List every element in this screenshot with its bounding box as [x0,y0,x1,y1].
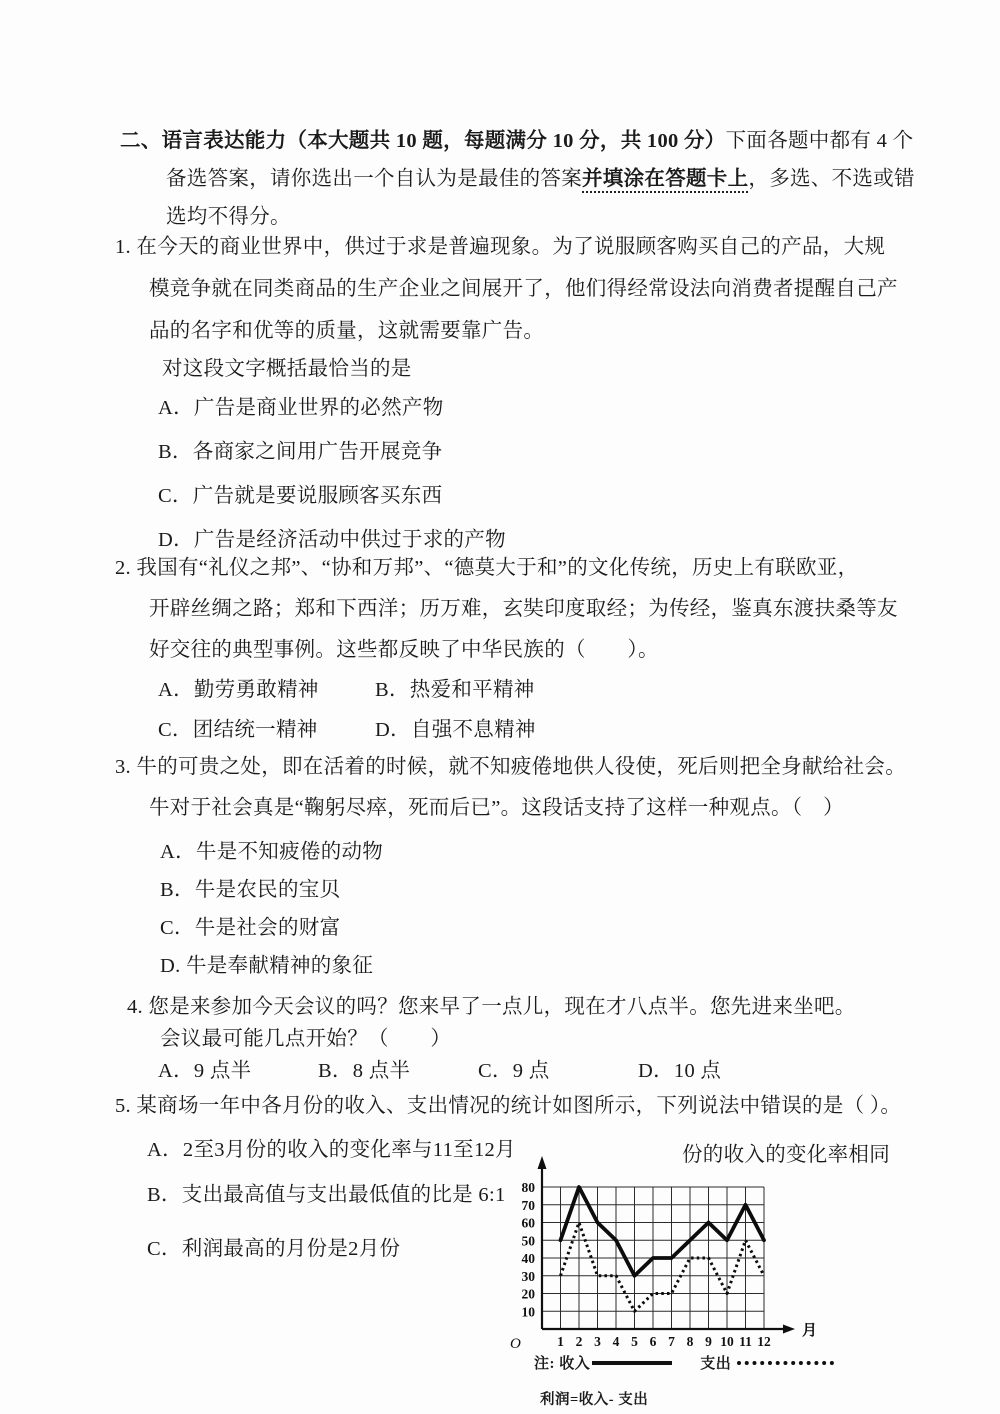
expense-line-swatch [737,1361,834,1365]
svg-text:60: 60 [522,1216,536,1231]
question-2-option-b: B．热爱和平精神 [375,679,535,702]
question-4-option-d: D．10 点 [638,1060,721,1083]
section-header-line-1: 二、语言表达能力（本大题共 10 题，每题满分 10 分，共 100 分）下面各… [120,130,913,153]
question-1-line-2: 模竞争就在同类商品的生产企业之间展开了，他们得经常设法向消费者提醒自己产 [149,278,898,301]
instructions-emphasis: 并填涂在答题卡上 [582,168,748,193]
section-title: 二、语言表达能力（本大题共 10 题，每题满分 10 分，共 100 分） [120,130,726,152]
question-3-option-c: C．牛是社会的财富 [160,917,340,940]
section-instructions-start: 下面各题中都有 4 个 [726,130,914,152]
question-2-option-a: A．勤劳勇敢精神 [158,679,319,702]
income-line-swatch [592,1361,672,1365]
svg-text:9: 9 [705,1334,712,1349]
svg-text:20: 20 [522,1287,536,1302]
svg-text:7: 7 [668,1334,675,1349]
question-3-option-d: D. 牛是奉献精神的象征 [160,955,373,978]
question-1-line-3: 品的名字和优等的质量，这就需要靠广告。 [149,320,544,343]
chart-legend: 注: 收入 支出 [534,1352,834,1373]
question-4-option-c: C．9 点 [478,1060,550,1083]
question-3-line-2: 牛对于社会真是“鞠躬尽瘁，死而后已”。这段话支持了这样一种观点。（ ） [149,797,844,820]
question-2-option-d: D．自强不息精神 [375,719,536,742]
question-3-line-1: 3. 牛的可贵之处，即在活着的时候，就不知疲倦地供人役使，死后则把全身献给社会。 [115,756,906,779]
instructions-text-cont: ，多选、不选或错 [748,168,914,190]
question-5-option-a-left: A．2至3月份的收入的变化率与11至12月 [147,1139,516,1162]
svg-text:5: 5 [631,1334,638,1349]
svg-text:6: 6 [650,1334,657,1349]
question-4-option-b: B．8 点半 [318,1060,410,1083]
profit-formula: 利润=收入- 支出 [540,1388,648,1409]
svg-text:11: 11 [739,1334,752,1349]
instructions-text: 备选答案，请你选出一个自认为是最佳的答案 [166,168,582,190]
section-header-line-2: 备选答案，请你选出一个自认为是最佳的答案并填涂在答题卡上，多选、不选或错 [166,168,915,191]
svg-text:2: 2 [576,1334,583,1349]
question-3-option-b: B．牛是农民的宝贝 [160,879,340,902]
income-expense-chart: 1020304050607080123456789101112O月 [498,1150,843,1355]
svg-text:40: 40 [522,1251,536,1266]
svg-text:70: 70 [522,1198,536,1213]
svg-text:80: 80 [522,1180,536,1195]
svg-text:O: O [510,1336,521,1352]
question-1-option-a: A．广告是商业世界的必然产物 [158,397,444,420]
svg-text:30: 30 [522,1269,536,1284]
question-2-line-1: 2. 我国有“礼仪之邦”、“协和万邦”、“德莫大于和”的文化传统，历史上有联欧亚… [115,557,858,580]
question-1-option-b: B．各商家之间用广告开展竞争 [158,441,442,464]
exam-page: 二、语言表达能力（本大题共 10 题，每题满分 10 分，共 100 分）下面各… [0,0,1000,1414]
svg-text:3: 3 [594,1334,601,1349]
svg-text:10: 10 [522,1304,536,1319]
legend-expense-label: 支出 [700,1352,731,1373]
section-header-line-3: 选均不得分。 [166,206,291,229]
svg-text:8: 8 [687,1334,694,1349]
question-5-option-c: C．利润最高的月份是2月份 [147,1238,400,1261]
question-4-line-1: 4. 您是来参加今天会议的吗？您来早了一点儿，现在才八点半。您先进来坐吧。 [127,996,856,1019]
svg-text:1: 1 [557,1334,564,1349]
question-1-option-c: C．广告就是要说服顾客买东西 [158,485,442,508]
chart-canvas: 1020304050607080123456789101112O月 [498,1150,843,1355]
question-3-option-a: A．牛是不知疲倦的动物 [160,841,383,864]
question-1-option-d: D．广告是经济活动中供过于求的产物 [158,529,506,552]
question-4-option-a: A．9 点半 [158,1060,251,1083]
question-5-stem: 5. 某商场一年中各月份的收入、支出情况的统计如图所示，下列说法中错误的是（ ）… [115,1095,901,1118]
svg-text:10: 10 [720,1334,734,1349]
svg-text:50: 50 [522,1233,536,1248]
question-2-line-2: 开辟丝绸之路；郑和下西洋；历万难，玄奘印度取经；为传经，鉴真东渡扶桑等友 [149,598,898,621]
question-1-line-1: 1. 在今天的商业世界中，供过于求是普遍现象。为了说服顾客购买自己的产品，大规 [115,236,885,259]
question-1-stem: 对这段文字概括最恰当的是 [162,358,412,381]
svg-text:4: 4 [613,1334,620,1349]
question-4-line-2: 会议最可能几点开始？（ ） [160,1028,451,1051]
question-2-option-c: C．团结统一精神 [158,719,318,742]
question-2-line-3: 好交往的典型事例。这些都反映了中华民族的（ ）。 [149,639,659,662]
svg-text:12: 12 [757,1334,771,1349]
question-5-option-b: B．支出最高值与支出最低值的比是 6:1 [147,1184,506,1207]
legend-income-label: 注: 收入 [534,1352,590,1373]
svg-text:月: 月 [802,1322,817,1339]
